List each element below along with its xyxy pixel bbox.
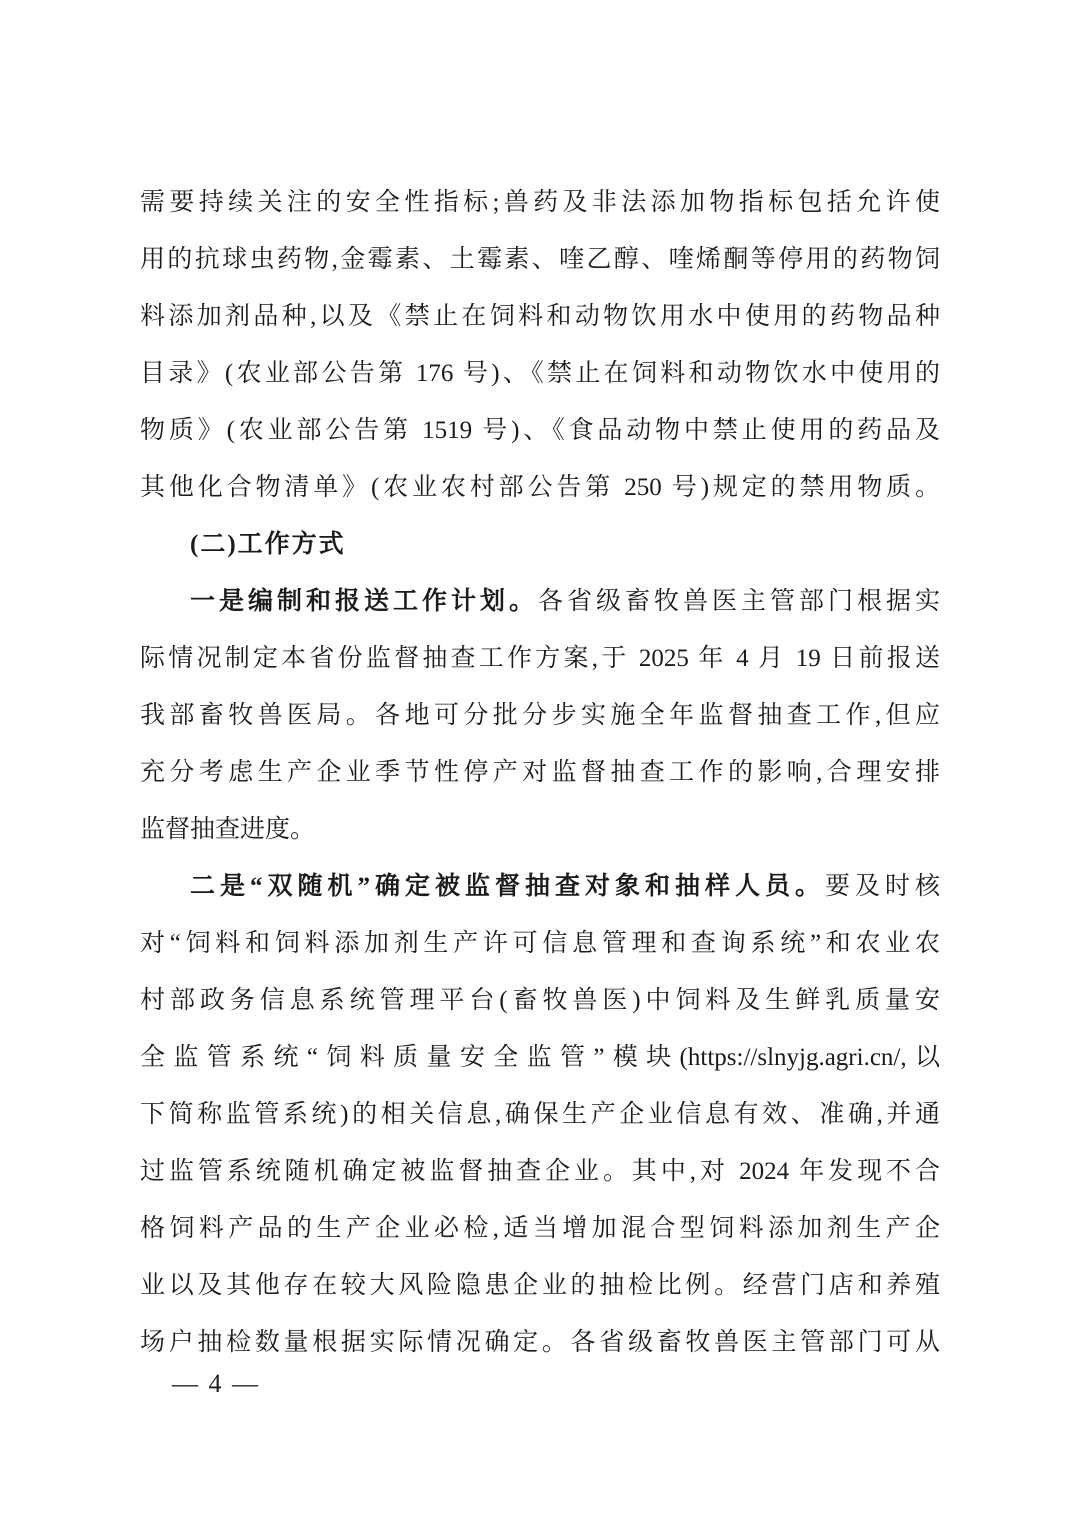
text-run: 下简称监管系统)的相关信息,确保生产企业信息有效、准确,并通 xyxy=(140,1101,940,1128)
bold-run: 一是编制和报送工作计划。 xyxy=(190,588,538,615)
text-run: 过监管系统随机确定被监督抽查企业。其中,对 2024 年发现不合 xyxy=(140,1158,940,1185)
body-text: 需要持续关注的安全性指标;兽药及非法添加物指标包括允许使用的抗球虫药物,金霉素、… xyxy=(140,174,940,1371)
text-line: 物质》(农业部公告第 1519 号)、《食品动物中禁止使用的药品及 xyxy=(140,402,940,459)
bold-run: 二是“双随机”确定被监督抽查对象和抽样人员。 xyxy=(190,873,825,900)
text-run: 场户抽检数量根据实际情况确定。各省级畜牧兽医主管部门可从 xyxy=(140,1329,940,1356)
text-run: 需要持续关注的安全性指标;兽药及非法添加物指标包括允许使 xyxy=(140,189,940,216)
text-line: 格饲料产品的生产企业必检,适当增加混合型饲料添加剂生产企 xyxy=(140,1200,940,1257)
text-run: 料添加剂品种,以及《禁止在饲料和动物饮用水中使用的药物品种 xyxy=(140,303,940,330)
text-line: 际情况制定本省份监督抽查工作方案,于 2025 年 4 月 19 日前报送 xyxy=(140,630,940,687)
text-line: 我部畜牧兽医局。各地可分批分步实施全年监督抽查工作,但应 xyxy=(140,687,940,744)
text-line: 需要持续关注的安全性指标;兽药及非法添加物指标包括允许使 xyxy=(140,174,940,231)
text-line: 一是编制和报送工作计划。各省级畜牧兽医主管部门根据实 xyxy=(140,573,940,630)
document-page: 需要持续关注的安全性指标;兽药及非法添加物指标包括允许使用的抗球虫药物,金霉素、… xyxy=(0,0,1080,1527)
text-line: 二是“双随机”确定被监督抽查对象和抽样人员。要及时核 xyxy=(140,858,940,915)
bold-run: (二)工作方式 xyxy=(190,531,346,558)
text-run: 监督抽查进度。 xyxy=(140,816,315,843)
text-run: 业以及其他存在较大风险隐患企业的抽检比例。经营门店和养殖 xyxy=(140,1272,940,1299)
text-line: 全监管系统“饲料质量安全监管”模块(https://slnyjg.agri.cn… xyxy=(140,1029,940,1086)
text-line: 目录》(农业部公告第 176 号)、《禁止在饲料和动物饮水中使用的 xyxy=(140,345,940,402)
text-run: 我部畜牧兽医局。各地可分批分步实施全年监督抽查工作,但应 xyxy=(140,702,940,729)
text-run: 其他化合物清单》(农业农村部公告第 250 号)规定的禁用物质。 xyxy=(140,474,940,501)
text-run: 全监管系统“饲料质量安全监管”模块(https://slnyjg.agri.cn… xyxy=(140,1044,940,1071)
text-line: 村部政务信息系统管理平台(畜牧兽医)中饲料及生鲜乳质量安 xyxy=(140,972,940,1029)
text-line: 对“饲料和饲料添加剂生产许可信息管理和查询系统”和农业农 xyxy=(140,915,940,972)
text-run: 物质》(农业部公告第 1519 号)、《食品动物中禁止使用的药品及 xyxy=(140,417,940,444)
text-line: 监督抽查进度。 xyxy=(140,801,940,858)
text-run: 际情况制定本省份监督抽查工作方案,于 2025 年 4 月 19 日前报送 xyxy=(140,645,940,672)
text-line: 过监管系统随机确定被监督抽查企业。其中,对 2024 年发现不合 xyxy=(140,1143,940,1200)
text-line: 下简称监管系统)的相关信息,确保生产企业信息有效、准确,并通 xyxy=(140,1086,940,1143)
text-run: 村部政务信息系统管理平台(畜牧兽医)中饲料及生鲜乳质量安 xyxy=(140,987,940,1014)
text-run: 用的抗球虫药物,金霉素、土霉素、喹乙醇、喹烯酮等停用的药物饲 xyxy=(140,246,940,273)
text-line: 用的抗球虫药物,金霉素、土霉素、喹乙醇、喹烯酮等停用的药物饲 xyxy=(140,231,940,288)
text-run: 对“饲料和饲料添加剂生产许可信息管理和查询系统”和农业农 xyxy=(140,930,940,957)
text-run: 充分考虑生产企业季节性停产对监督抽查工作的影响,合理安排 xyxy=(140,759,940,786)
text-line: 场户抽检数量根据实际情况确定。各省级畜牧兽医主管部门可从 xyxy=(140,1314,940,1371)
text-run: 各省级畜牧兽医主管部门根据实 xyxy=(538,588,940,615)
page-number: — 4 — xyxy=(172,1364,260,1404)
text-line: 料添加剂品种,以及《禁止在饲料和动物饮用水中使用的药物品种 xyxy=(140,288,940,345)
text-line: 充分考虑生产企业季节性停产对监督抽查工作的影响,合理安排 xyxy=(140,744,940,801)
page-number-label: — 4 — xyxy=(172,1369,260,1398)
section-heading: (二)工作方式 xyxy=(140,516,940,573)
text-run: 目录》(农业部公告第 176 号)、《禁止在饲料和动物饮水中使用的 xyxy=(140,360,940,387)
text-run: 格饲料产品的生产企业必检,适当增加混合型饲料添加剂生产企 xyxy=(140,1215,940,1242)
text-line: 其他化合物清单》(农业农村部公告第 250 号)规定的禁用物质。 xyxy=(140,459,940,516)
text-line: 业以及其他存在较大风险隐患企业的抽检比例。经营门店和养殖 xyxy=(140,1257,940,1314)
text-run: 要及时核 xyxy=(825,873,940,900)
